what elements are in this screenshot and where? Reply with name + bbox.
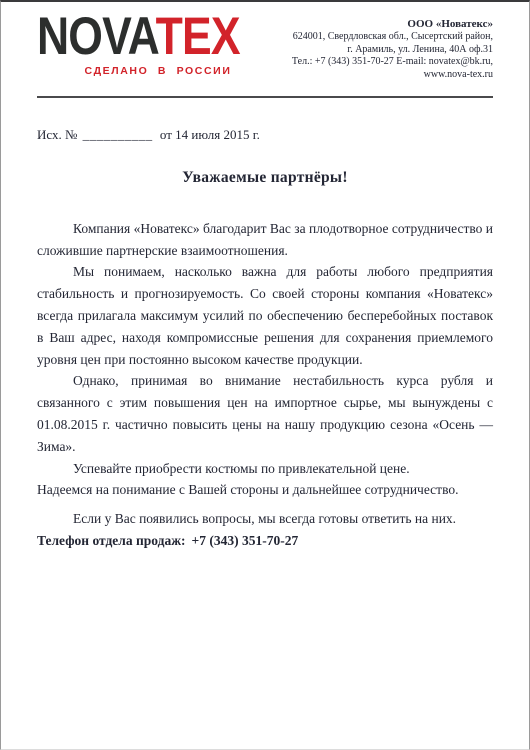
letter-body: Компания «Новатекс» благодарит Вас за пл…: [37, 218, 493, 552]
phone-email-line: Тел.: +7 (343) 351-70-27 E-mail: novatex…: [292, 56, 493, 69]
paragraph-understanding: Надеемся на понимание с Вашей стороны и …: [37, 479, 493, 501]
paragraph-gratitude: Компания «Новатекс» благодарит Вас за пл…: [37, 218, 493, 262]
paragraph-price-increase: Однако, принимая во внимание нестабильно…: [37, 370, 493, 457]
letter-page: NOVATEX СДЕЛАНО В РОССИИ ООО «Новатекс» …: [0, 0, 530, 750]
sales-phone-line: Телефон отдела продаж:+7 (343) 351-70-27: [37, 530, 493, 552]
reference-line: Исх. № __________ от 14 июля 2015 г.: [37, 127, 493, 143]
paragraph-stability: Мы понимаем, насколько важна для работы …: [37, 261, 493, 370]
salutation: Уважаемые партнёры!: [37, 168, 493, 188]
logo-part-tex: TEX: [156, 7, 240, 66]
company-logo: NOVATEX СДЕЛАНО В РОССИИ: [37, 16, 279, 77]
company-name: ООО «Новатекс»: [292, 17, 493, 31]
reference-date: от 14 июля 2015 г.: [160, 127, 260, 142]
reference-blank: __________: [83, 127, 153, 142]
reference-prefix: Исх. №: [37, 127, 77, 142]
address-line-2: г. Арамиль, ул. Ленина, 40А оф.31: [292, 44, 493, 57]
logo-wordmark: NOVATEX: [37, 16, 240, 58]
sales-phone-number: +7 (343) 351-70-27: [192, 533, 299, 548]
paragraph-questions: Если у Вас появились вопросы, мы всегда …: [37, 508, 493, 530]
website-line: www.nova-tex.ru: [292, 69, 493, 82]
address-line-1: 624001, Свердловская обл., Сысертский ра…: [292, 31, 493, 44]
paragraph-buy-now: Успевайте приобрести костюмы по привлека…: [37, 458, 493, 480]
sales-phone-label: Телефон отдела продаж:: [37, 533, 186, 548]
made-in-russia-tagline: СДЕЛАНО В РОССИИ: [37, 65, 279, 77]
contact-info: ООО «Новатекс» 624001, Свердловская обл.…: [292, 16, 493, 82]
header-divider: [37, 96, 493, 98]
logo-part-nova: NOVA: [37, 7, 156, 66]
letterhead: NOVATEX СДЕЛАНО В РОССИИ ООО «Новатекс» …: [37, 16, 493, 82]
